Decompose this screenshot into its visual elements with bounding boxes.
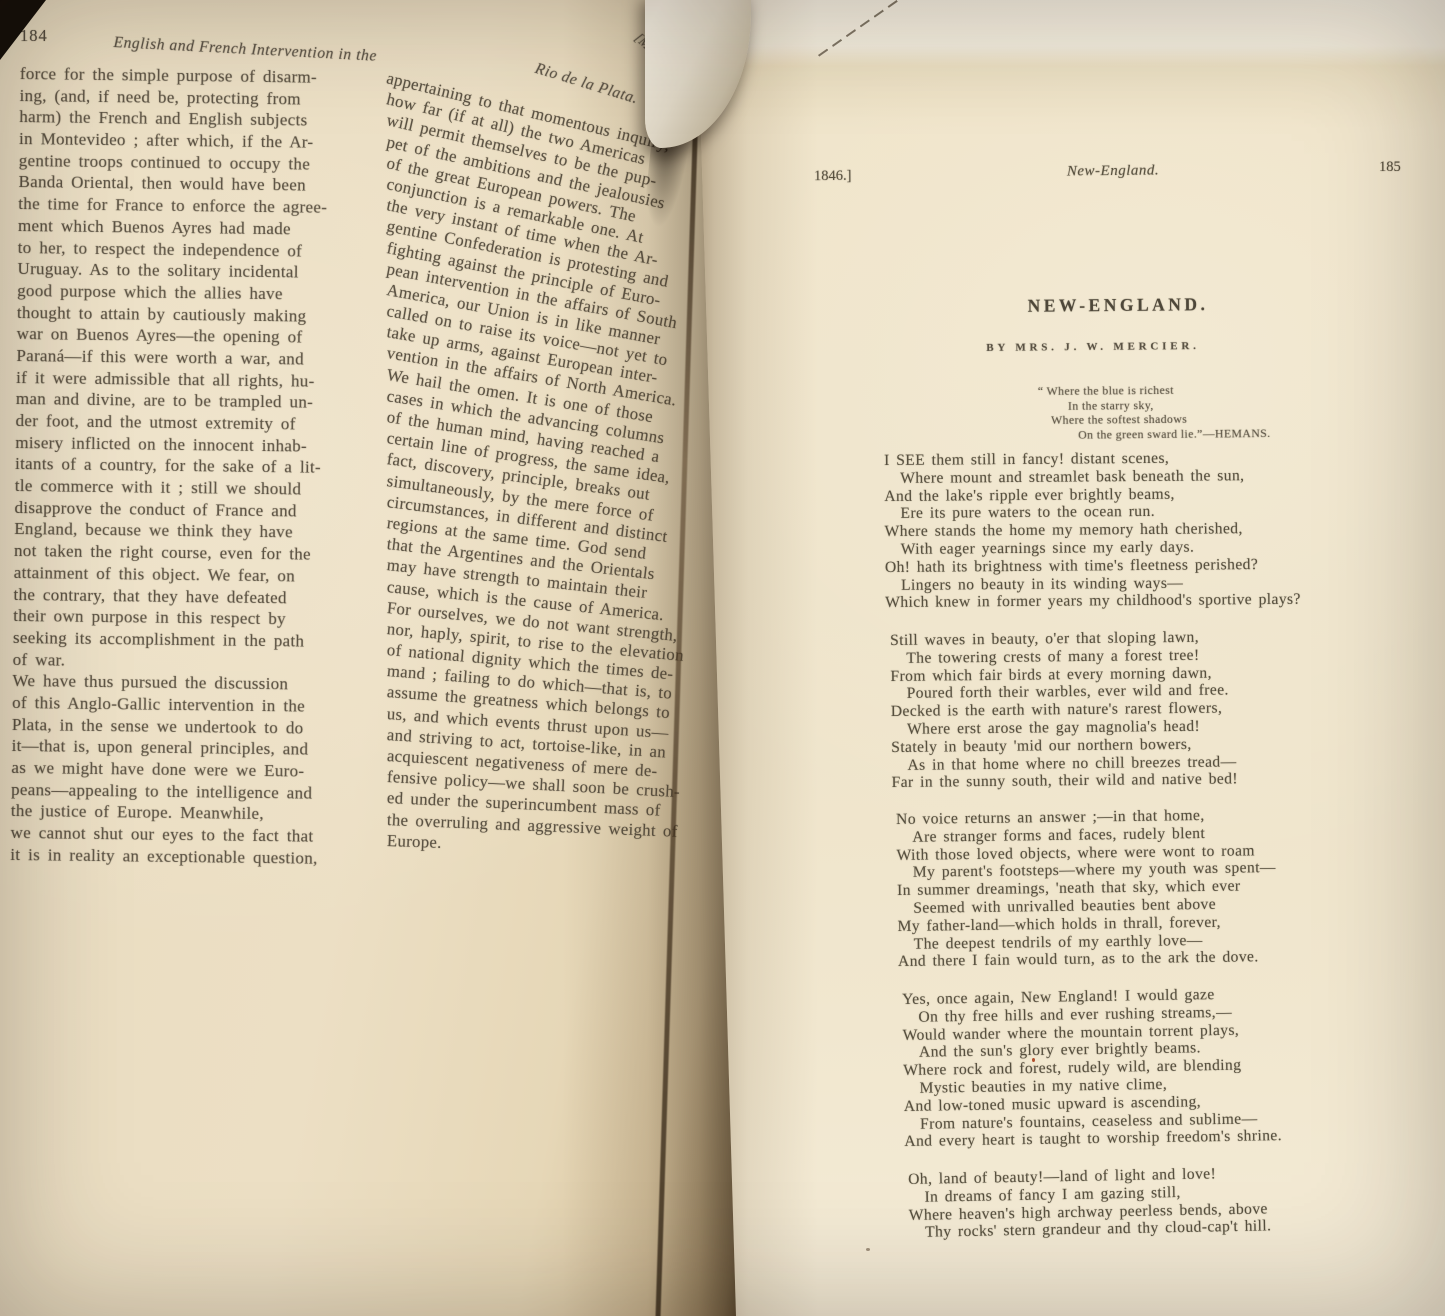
ink-speck [1032,1058,1035,1062]
poem-line: And there I fain would turn, as to the a… [898,948,1314,971]
text-line: good purpose which the allies have [17,280,326,305]
poem-stanza: Yes, once again, New England! I would ga… [902,984,1320,1151]
poem-title: NEW-ENGLAND. [893,293,1343,318]
text-line: attainment of this object. We fear, on [14,562,323,587]
poem-line: Far in the sunny south, their wild and n… [891,770,1307,792]
book-photo: 184 English and French Intervention in t… [0,0,1445,1316]
poem-line: Where stands the home my memory hath che… [885,520,1301,541]
poem-line: Where mount and streamlet bask beneath t… [900,467,1300,488]
running-title-right: New-England. [963,161,1263,181]
poem-byline: BY MRS. J. W. MERCIER. [868,339,1318,355]
text-line: seeking its accomplishment in the path [13,627,322,652]
header-year: 1846.] [814,168,852,185]
poem-stanza: Still waves in beauty, o'er that sloping… [890,627,1307,792]
poem-stanza: No voice returns an answer ;—in that hom… [896,806,1314,972]
poem-stanza: I SEE them still in fancy! distant scene… [884,449,1301,612]
left-column-1: force for the simple purpose of disarm-i… [10,63,329,869]
page-number-right: 185 [1379,159,1401,176]
poem-line: Oh! hath its brightness with time's flee… [885,556,1301,577]
epigraph-line: On the green sward lie.”—HEMANS. [1078,426,1270,442]
running-title-left: English and French Intervention in the [113,34,377,66]
text-line: it is in reality an exceptionable questi… [10,844,319,869]
text-line: ment which Buenos Ayres had made [18,215,327,240]
epigraph: “ Where the blue is richestIn the starry… [1038,382,1271,442]
poem-stanza: Oh, land of beauty!—land of light and lo… [908,1163,1325,1242]
dust-speck [866,1248,870,1251]
poem-line: Which knew in former years my childhood'… [885,591,1301,612]
page-number-left: 184 [20,26,48,46]
right-page: 1846.] New-England. 185 NEW-ENGLAND. BY … [688,0,1445,1316]
left-page: 184 English and French Intervention in t… [0,0,752,1316]
poem: I SEE them still in fancy! distant scene… [884,452,1300,1261]
